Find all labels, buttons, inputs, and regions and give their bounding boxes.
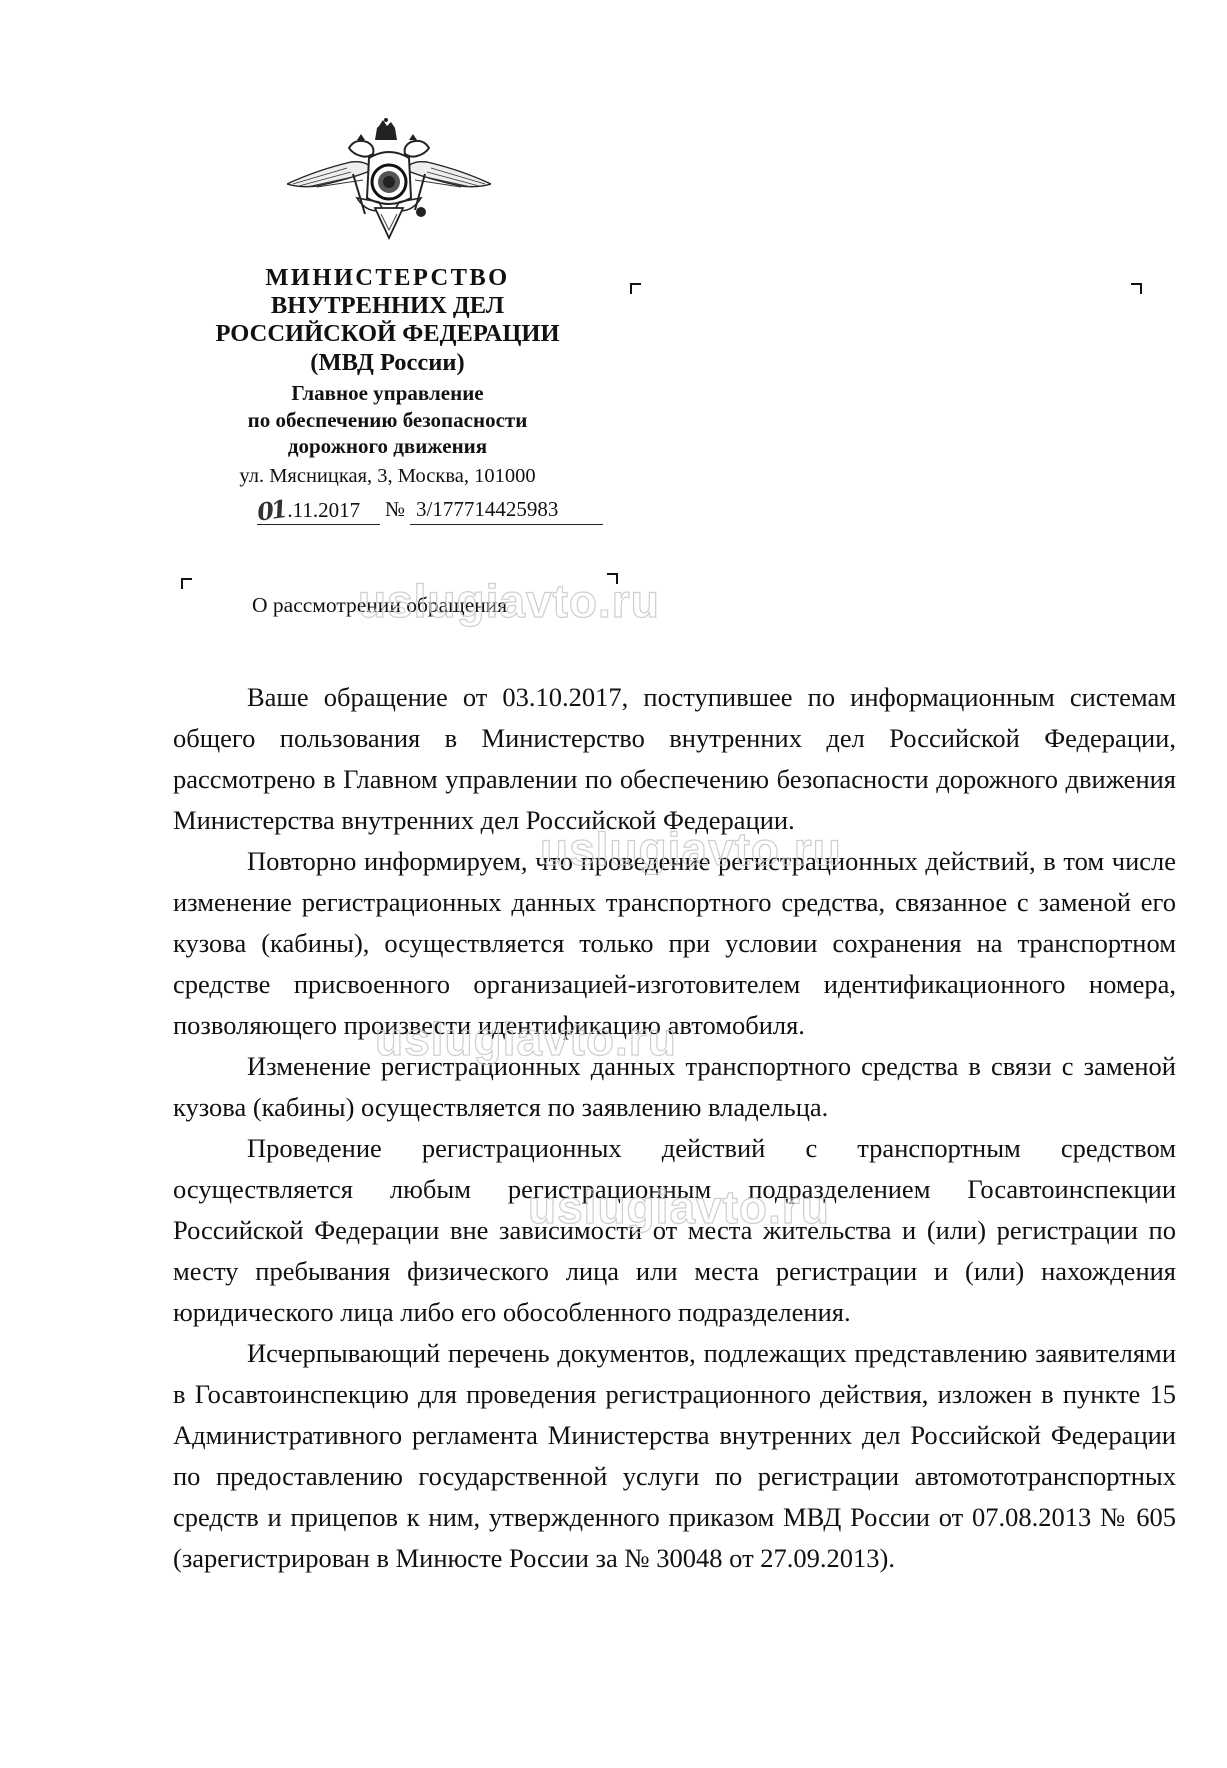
paragraph-1: Ваше обращение от 03.10.2017, поступивше… (173, 677, 1176, 841)
ministry-title-line-2: ВНУТРЕННИХ ДЕЛ (180, 292, 595, 320)
date-printed: .11.2017 (287, 498, 360, 522)
paragraph-4: Проведение регистрационных действий с тр… (173, 1128, 1176, 1333)
paragraph-5: Исчерпывающий перечень документов, подле… (173, 1333, 1176, 1579)
date-field: 01.11.2017 (257, 494, 380, 525)
ministry-title-line-1: МИНИСТЕРСТВО (180, 264, 595, 292)
reference-number: 3/177714425983 (410, 494, 603, 525)
handwritten-day: 01 (255, 494, 286, 528)
ministry-abbreviation: (МВД России) (180, 349, 595, 377)
department-line-2: по обеспечению безопасности (180, 407, 595, 434)
paragraph-2: Повторно информируем, что проведение рег… (173, 841, 1176, 1046)
paragraph-3: Изменение регистрационных данных транспо… (173, 1046, 1176, 1128)
number-sign: № (385, 494, 405, 524)
mvd-emblem-icon (287, 118, 491, 240)
addressee-bracket-right (1131, 283, 1142, 294)
subject-line: О рассмотрении обращения (252, 590, 507, 620)
subject-bracket-left (181, 578, 192, 589)
department-line-1: Главное управление (180, 380, 595, 407)
addressee-bracket-left (630, 283, 641, 294)
subject-bracket-right (607, 573, 618, 584)
address: ул. Мясницкая, 3, Москва, 101000 (180, 463, 595, 489)
letter-body: Ваше обращение от 03.10.2017, поступивше… (173, 677, 1176, 1579)
department-line-3: дорожного движения (180, 433, 595, 460)
reference-number-value: 3/177714425983 (416, 497, 558, 521)
ministry-title-line-3: РОССИЙСКОЙ ФЕДЕРАЦИИ (180, 320, 595, 348)
